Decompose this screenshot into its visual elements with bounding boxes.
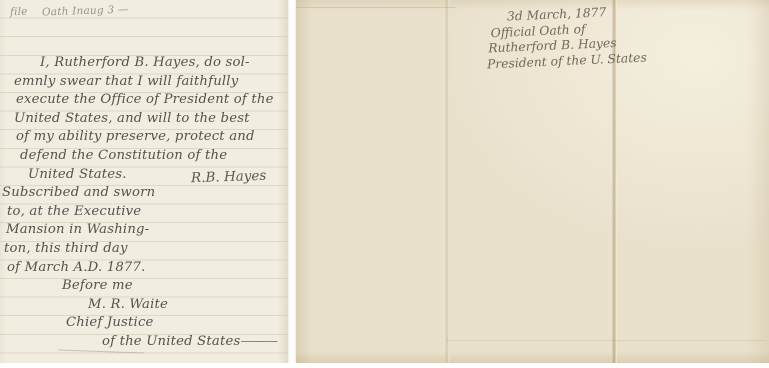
pencil-archival-note: Oath Inaug 3 — <box>42 3 129 18</box>
docket-cover-sheet: 3d March, 1877 Official Oath of Rutherfo… <box>296 0 769 363</box>
oath-text-line: execute the Office of President of the <box>16 91 288 110</box>
attestation-line: Mansion in Washing- <box>6 221 288 240</box>
oath-text-line: of my ability preserve, protect and <box>16 128 288 147</box>
crease-top <box>296 7 456 8</box>
attestation-line: to, at the Executive <box>7 203 288 222</box>
oath-text-block: I, Rutherford B. Hayes, do sol- emnly sw… <box>0 54 288 352</box>
waite-title-line: of the United States——— <box>102 333 288 352</box>
attestation-line: ton, this third day <box>4 240 288 259</box>
ink-flourish: ——— <box>240 334 277 349</box>
background-strip <box>0 363 769 368</box>
attestation-line: Before me <box>62 277 288 296</box>
waite-signature-line: M. R. Waite <box>88 296 288 315</box>
attestation-line: of March A.D. 1877. <box>7 259 288 278</box>
crease-bottom <box>446 340 766 341</box>
oath-page-sheet: file Oath Inaug 3 — I, Rutherford B. Hay… <box>0 0 288 363</box>
attestation-line: Subscribed and sworn <box>2 184 288 203</box>
hayes-signature: R.B. Hayes <box>191 168 267 187</box>
waite-title-text: of the United States <box>102 334 240 349</box>
oath-text-line: United States, and will to the best <box>14 110 288 129</box>
scanned-documents-view: file Oath Inaug 3 — I, Rutherford B. Hay… <box>0 0 769 368</box>
pencil-file-note: file <box>10 6 28 19</box>
fold-crease-left <box>445 0 450 363</box>
oath-text-line: emnly swear that I will faithfully <box>14 73 288 92</box>
oath-text-line: I, Rutherford B. Hayes, do sol- <box>40 54 288 73</box>
oath-text-line: defend the Constitution of the <box>20 147 288 166</box>
waite-title-line: Chief Justice <box>66 314 288 333</box>
docket-annotation: 3d March, 1877 Official Oath of Rutherfo… <box>485 4 647 73</box>
